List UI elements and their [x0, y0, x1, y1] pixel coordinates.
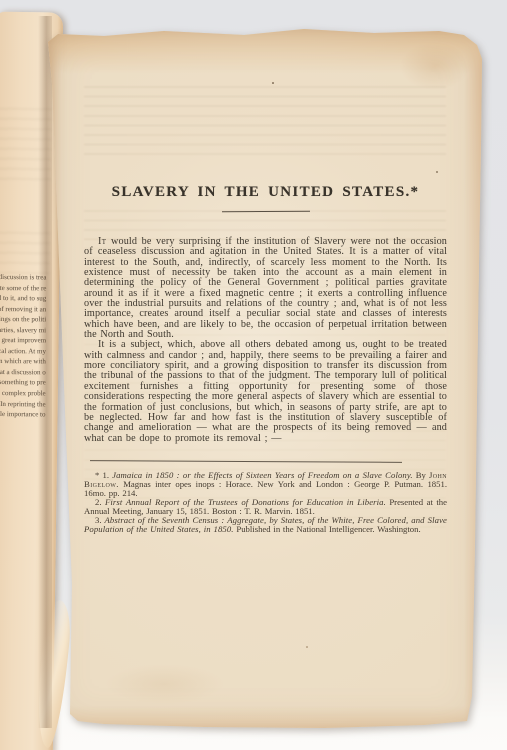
right-page: SLAVERY IN THE UNITED STATES.* It would …: [44, 24, 486, 734]
footnote-text: Published in the National Intelligencer.…: [234, 524, 421, 534]
right-page-wrapper: SLAVERY IN THE UNITED STATES.* It would …: [44, 24, 486, 734]
paragraph: It would be very surprising if the insti…: [84, 237, 447, 340]
footnotes: * 1. Jamaica in 1850 : or the Effects of…: [84, 471, 447, 534]
foxing-speck: [272, 82, 274, 84]
paragraph: It is a subject, which, above all others…: [84, 340, 447, 443]
reverse-side-showthrough: [84, 86, 446, 158]
foxing-speck: [436, 171, 438, 173]
page-stain: [400, 42, 470, 90]
paragraph-text: It is a subject, which, above all others…: [84, 339, 447, 443]
footnote-divider-rule: [90, 460, 402, 463]
foxing-speck: [306, 646, 308, 648]
title-divider-rule: [221, 211, 309, 212]
book-photograph: nder discussion is trea to state some of…: [0, 0, 507, 750]
page-stain: [104, 664, 224, 704]
paragraph-text: would be very surprising if the institut…: [84, 236, 447, 340]
footnote-text: Magnas inter opes inops : Horace. New Yo…: [84, 479, 447, 498]
article-title: SLAVERY IN THE UNITED STATES.*: [84, 184, 447, 201]
article-body: It would be very surprising if the insti…: [84, 237, 447, 444]
footnote: 2. First Annual Report of the Trustees o…: [84, 498, 447, 516]
typeset-content: SLAVERY IN THE UNITED STATES.* It would …: [84, 184, 447, 534]
footnote: 3. Abstract of the Seventh Census : Aggr…: [84, 516, 447, 534]
footnote: * 1. Jamaica in 1850 : or the Effects of…: [84, 471, 447, 498]
